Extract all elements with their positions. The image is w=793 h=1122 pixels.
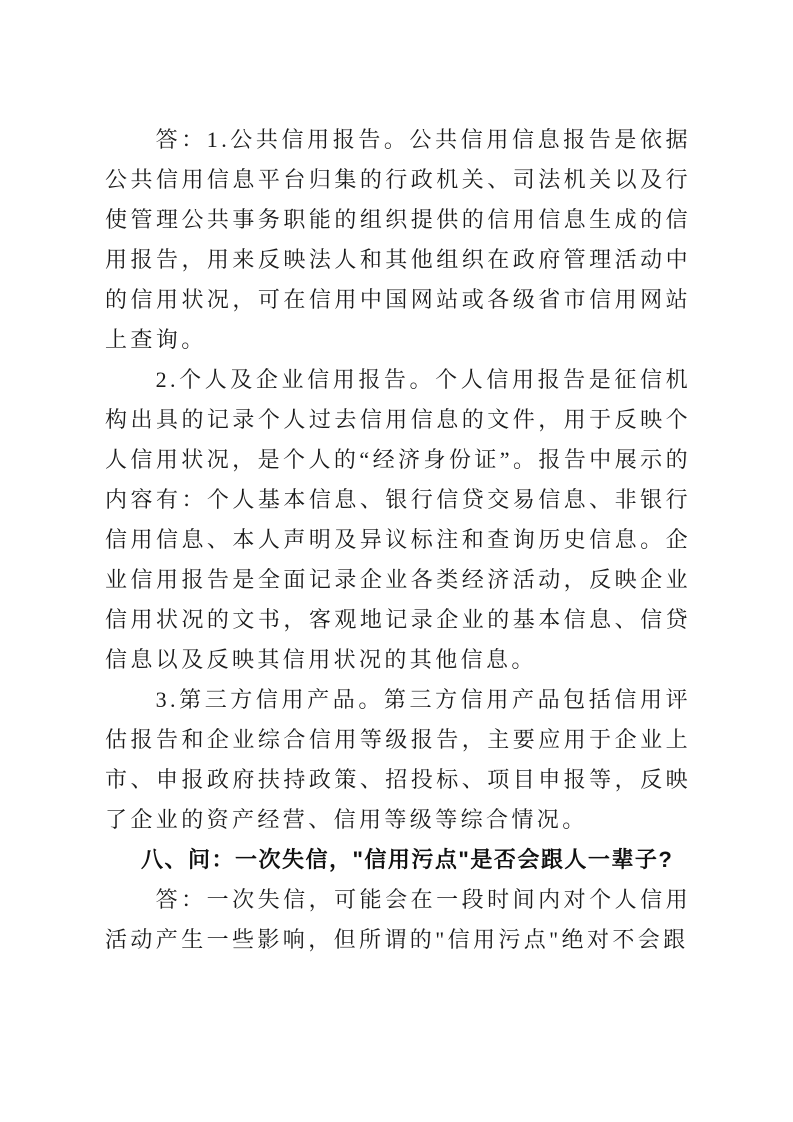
document-content: 答：1.公共信用报告。公共信用信息报告是依据公共信用信息平台归集的行政机关、司法… — [105, 120, 691, 960]
paragraph-personal-enterprise-credit-report: 2.个人及企业信用报告。个人信用报告是征信机构出具的记录个人过去信用信息的文件，… — [105, 360, 691, 680]
document-page: 答：1.公共信用报告。公共信用信息报告是依据公共信用信息平台归集的行政机关、司法… — [0, 0, 793, 1122]
paragraph-third-party-credit-products: 3.第三方信用产品。第三方信用产品包括信用评估报告和企业综合信用等级报告，主要应… — [105, 680, 691, 840]
paragraph-answer-credit-stain: 答：一次失信，可能会在一段时间内对个人信用活动产生一些影响，但所谓的"信用污点"… — [105, 880, 691, 960]
paragraph-public-credit-report: 答：1.公共信用报告。公共信用信息报告是依据公共信用信息平台归集的行政机关、司法… — [105, 120, 691, 360]
question-heading-credit-stain: 八、问：一次失信，"信用污点"是否会跟人一辈子? — [105, 840, 691, 880]
